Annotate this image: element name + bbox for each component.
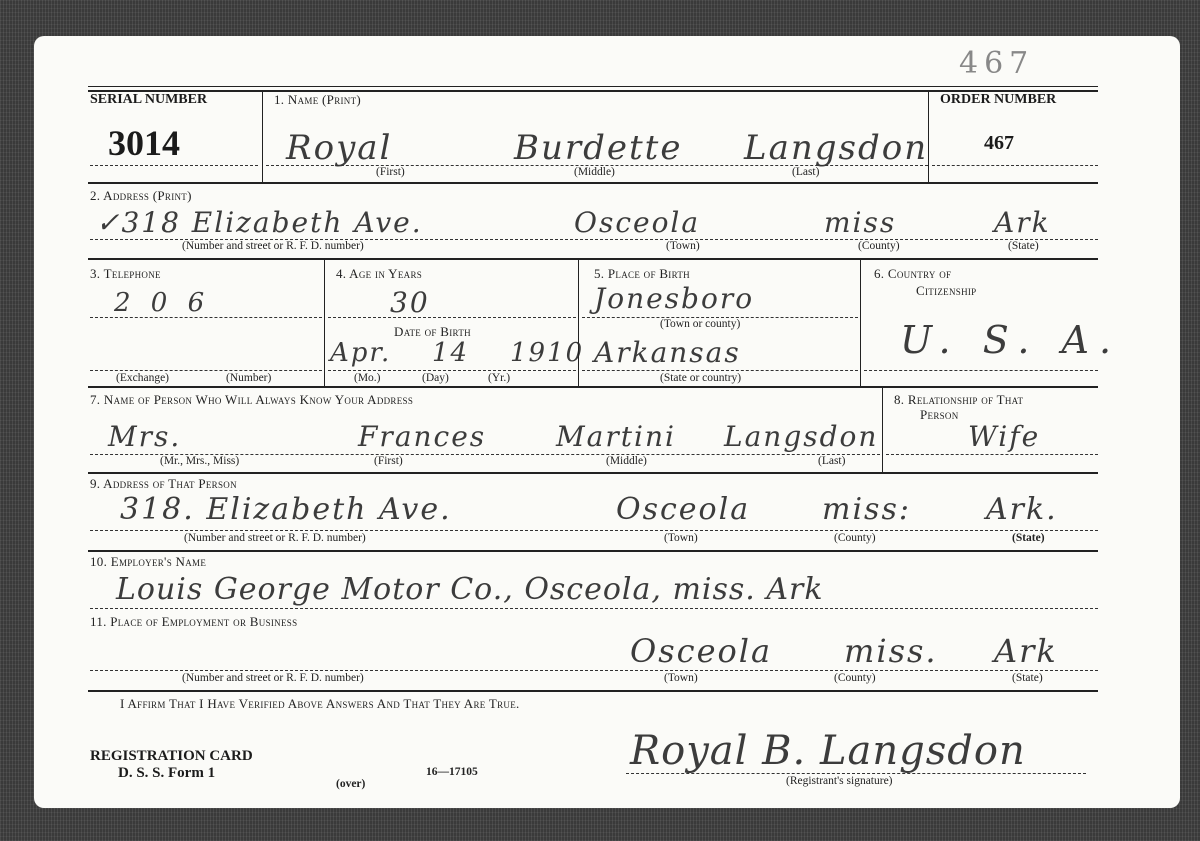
pencil-order-note: 467 [959, 46, 1034, 81]
contact-title: Mrs. [108, 420, 181, 453]
sub-middle: (Middle) [574, 166, 615, 178]
dob-sub-day: (Day) [422, 372, 449, 384]
contact-first: Frances [358, 420, 486, 453]
address-state: Ark [994, 206, 1051, 239]
employment-sub-town: (Town) [664, 672, 698, 684]
footer-over: (over) [336, 778, 365, 790]
employer-value: Louis George Motor Co., Osceola, miss. A… [116, 572, 824, 607]
serial-number-label: SERIAL NUMBER [90, 92, 207, 108]
address-label: 2. Address (Print) [90, 188, 192, 204]
birthplace-sub-state: (State or country) [660, 372, 741, 384]
signature-sub: (Registrant's signature) [786, 775, 893, 787]
contact-address-sub-town: (Town) [664, 532, 698, 544]
dob-sub-yr: (Yr.) [488, 372, 510, 384]
birthplace-sub-town: (Town or county) [660, 318, 740, 330]
relationship-value: Wife [968, 420, 1040, 453]
birthplace-label: 5. Place of Birth [594, 266, 690, 282]
contact-address-sub-state: (State) [1012, 532, 1045, 544]
contact-sub-first: (First) [374, 455, 403, 467]
dob-day: 14 [432, 338, 469, 368]
footer-form: D. S. S. Form 1 [118, 765, 215, 782]
employment-sub-street: (Number and street or R. F. D. number) [182, 672, 364, 684]
serial-number-value: 3014 [108, 122, 180, 164]
registration-card: 467 SERIAL NUMBER 3014 1. Name (Print) R… [34, 36, 1180, 808]
citizenship-label-1: 6. Country of [874, 266, 951, 282]
employment-sub-county: (County) [834, 672, 876, 684]
employment-sub-state: (State) [1012, 672, 1043, 684]
address-street: ✓318 Elizabeth Ave. [96, 206, 423, 239]
contact-address-county: miss: [822, 492, 911, 527]
registrant-signature: Royal B. Langsdon [630, 728, 1026, 774]
employment-place-county: miss. [844, 632, 938, 670]
address-town: Osceola [574, 206, 700, 239]
telephone-label: 3. Telephone [90, 266, 161, 282]
employment-place-label: 11. Place of Employment or Business [90, 614, 297, 630]
order-number-label: ORDER NUMBER [940, 92, 1056, 108]
sub-last: (Last) [792, 166, 819, 178]
citizenship-label-2: Citizenship [916, 283, 976, 299]
citizenship-value: U. S. A. [900, 318, 1121, 362]
age-value: 30 [390, 286, 430, 319]
address-county: miss [824, 206, 896, 239]
telephone-sub-number: (Number) [226, 372, 271, 384]
contact-address-street: 318. Elizabeth Ave. [120, 492, 452, 527]
dob-month: Apr. [330, 338, 391, 368]
contact-sub-title: (Mr., Mrs., Miss) [160, 455, 239, 467]
contact-label: 7. Name of Person Who Will Always Know Y… [90, 392, 413, 408]
sub-first: (First) [376, 166, 405, 178]
contact-address-label: 9. Address of That Person [90, 476, 237, 492]
dob-sub-mo: (Mo.) [354, 372, 381, 384]
relationship-label-1: 8. Relationship of That [894, 392, 1023, 408]
birthplace-town: Jonesboro [594, 282, 754, 315]
contact-address-town: Osceola [616, 492, 750, 527]
footer-title: REGISTRATION CARD [90, 748, 253, 765]
address-sub-town: (Town) [666, 240, 700, 252]
name-last: Langsdon [744, 128, 928, 168]
affirmation-text: I Affirm That I Have Verified Above Answ… [120, 696, 520, 712]
address-sub-street: (Number and street or R. F. D. number) [182, 240, 364, 252]
footer-code: 16—17105 [426, 766, 478, 778]
employment-place-town: Osceola [630, 632, 772, 670]
telephone-value: 2 0 6 [114, 288, 210, 318]
contact-address-state: Ark. [986, 492, 1058, 527]
contact-address-sub-county: (County) [834, 532, 876, 544]
contact-sub-middle: (Middle) [606, 455, 647, 467]
telephone-sub-exchange: (Exchange) [116, 372, 169, 384]
contact-last: Langsdon [724, 420, 878, 453]
contact-sub-last: (Last) [818, 455, 845, 467]
dob-year: 1910 [510, 338, 584, 368]
name-label: 1. Name (Print) [274, 92, 361, 108]
employer-label: 10. Employer's Name [90, 554, 206, 570]
name-middle: Burdette [514, 128, 682, 168]
relationship-label-2: Person [920, 407, 959, 423]
contact-address-sub-street: (Number and street or R. F. D. number) [184, 532, 366, 544]
address-sub-state: (State) [1008, 240, 1039, 252]
name-first: Royal [286, 128, 392, 168]
contact-middle: Martini [556, 420, 676, 453]
address-sub-county: (County) [858, 240, 900, 252]
birthplace-state: Arkansas [594, 336, 741, 369]
age-label: 4. Age in Years [336, 266, 422, 282]
employment-place-state: Ark [994, 632, 1058, 670]
order-number-value: 467 [984, 132, 1014, 155]
